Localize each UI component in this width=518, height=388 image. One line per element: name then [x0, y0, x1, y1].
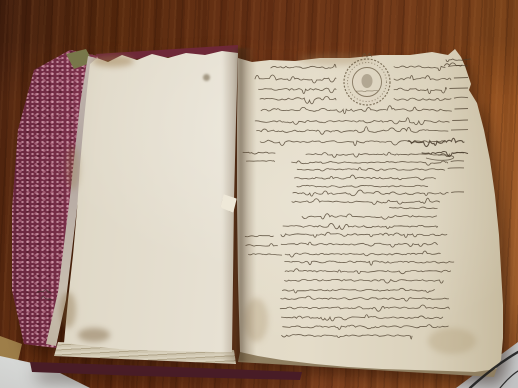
handwriting-layer: [0, 0, 518, 388]
signature: [408, 138, 468, 160]
tax-stamp: [344, 54, 390, 106]
fragment-marks: [470, 352, 518, 388]
photo-of-manuscript: [0, 0, 518, 388]
handwritten-paragraph-3: [280, 214, 454, 339]
subheading-line: [390, 207, 438, 209]
ink-scribble: [37, 290, 52, 300]
corner-annotation: [444, 59, 470, 66]
